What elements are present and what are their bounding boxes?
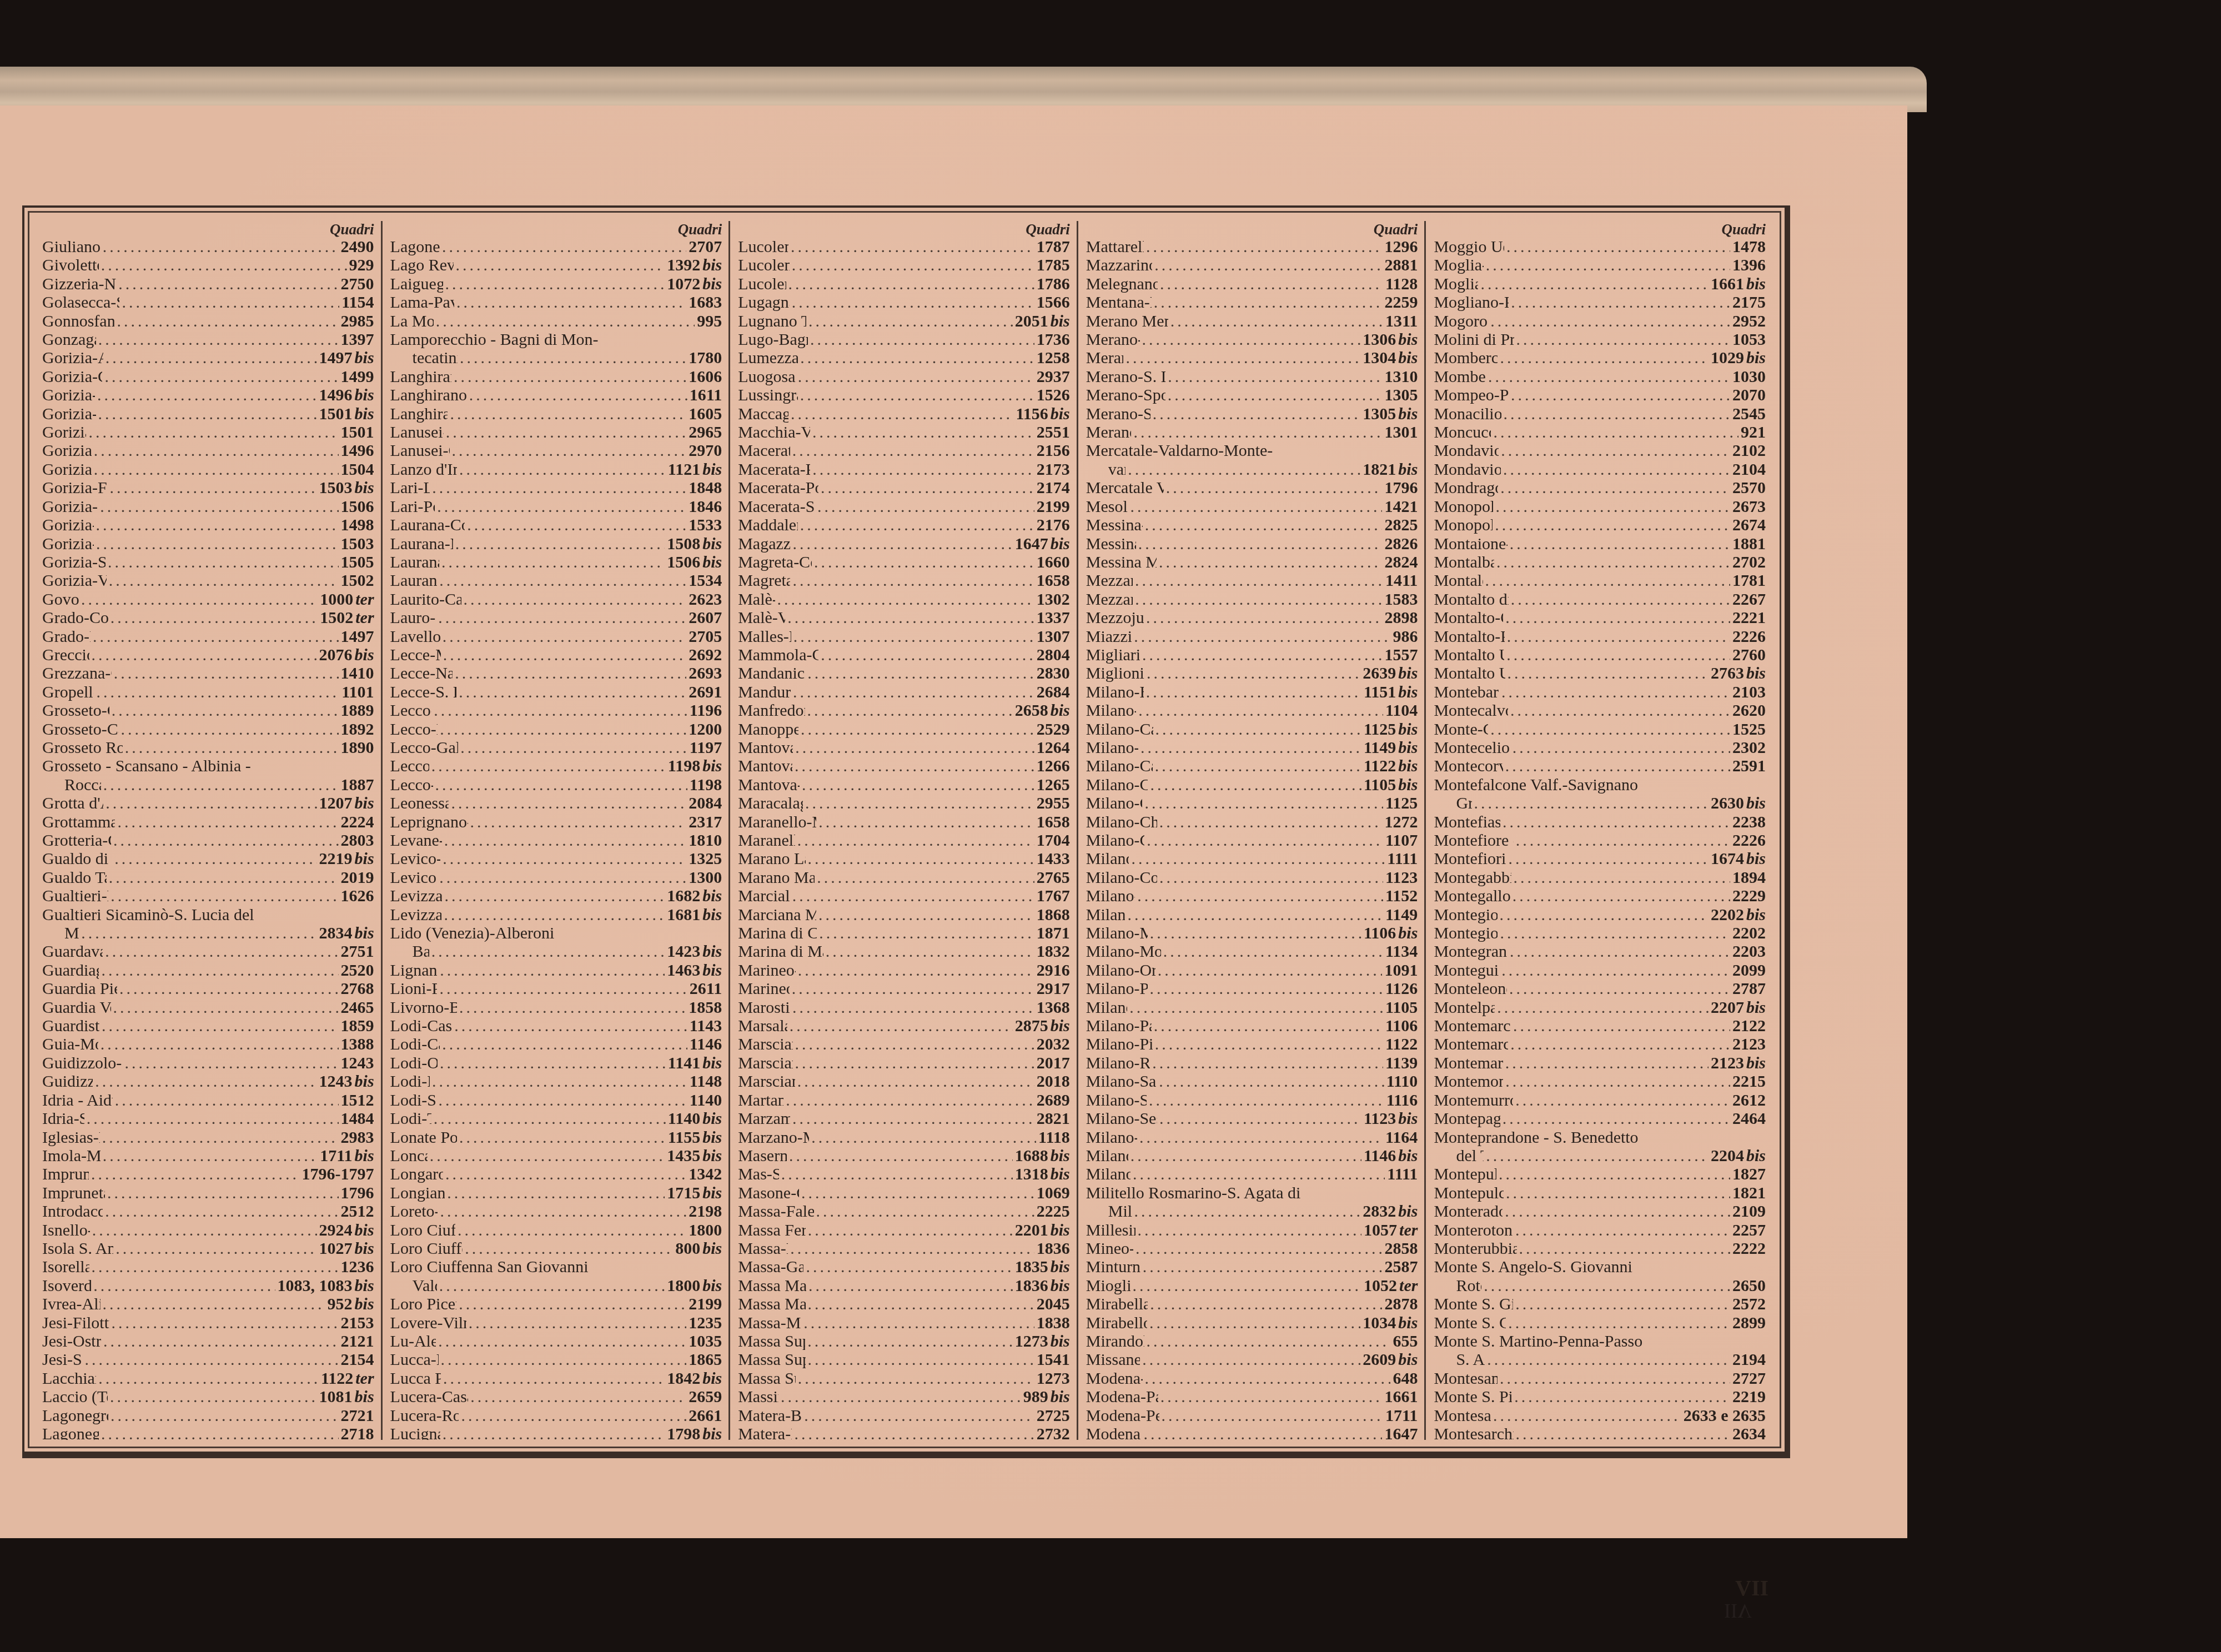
station-entry: Laurito-Castelnuovo Vallo2623 bbox=[390, 590, 722, 609]
station-entry: Mantova-Brescello1264 bbox=[738, 739, 1070, 757]
station-name: Gorizia-Castel Dobra bbox=[42, 368, 102, 386]
table-number: 1264 bbox=[1037, 739, 1070, 757]
dot-leader bbox=[443, 646, 686, 664]
station-entry: Mombercelli-Asti1030 bbox=[1434, 368, 1766, 386]
station-entry: Gorizia-Cividale1496 bbox=[42, 441, 374, 460]
dot-leader bbox=[454, 368, 686, 386]
dot-leader bbox=[812, 423, 1034, 441]
station-entry: tecatini Stazione1780 bbox=[390, 349, 722, 367]
station-entry: Missanello-Armento2609bis bbox=[1086, 1350, 1418, 1369]
station-name: Milano-Certosa di Pavia bbox=[1086, 776, 1148, 794]
dot-leader bbox=[1143, 1425, 1382, 1440]
station-entry: Lodi-S. Angelo1140 bbox=[390, 1091, 722, 1109]
station-entry: Lagonegro-Castrovillari2721 bbox=[42, 1407, 374, 1425]
station-name: Gorizia-Postumia bbox=[42, 516, 94, 534]
station-entry: Malè-Rabbi1302 bbox=[738, 590, 1070, 609]
station-entry: Matera-Bernalda Scalo2725 bbox=[738, 1407, 1070, 1425]
table-number: 1497 bbox=[341, 627, 374, 646]
table-number: 1658 bbox=[1037, 813, 1070, 831]
station-entry: Mammola-Gioiosa Jon. Marina2804 bbox=[738, 646, 1070, 664]
dot-leader bbox=[1493, 423, 1738, 441]
station-name: Milano-Pavia-Arena Po bbox=[1086, 1017, 1152, 1035]
dot-leader bbox=[441, 553, 665, 571]
table-number-suffix: bis bbox=[702, 1369, 722, 1388]
table-number-suffix: bis bbox=[1051, 1388, 1070, 1406]
station-name: Lucignano-Arezzo bbox=[390, 1425, 440, 1440]
station-entry: Montemonaco-Amandola2215 bbox=[1434, 1072, 1766, 1091]
station-entry: Loreto-Stazione2198 bbox=[390, 1202, 722, 1221]
station-name: Laccio (Torriglia)-Genova bbox=[42, 1388, 108, 1406]
table-number-suffix: bis bbox=[1051, 405, 1070, 423]
station-name: Maccagno-Graglio bbox=[738, 405, 788, 423]
dot-leader bbox=[439, 1091, 687, 1109]
station-entry: Modena-Pavullo-Fiumalbo1661 bbox=[1086, 1388, 1418, 1406]
station-entry: Laurana-Trieste1534 bbox=[390, 571, 722, 590]
station-name: Mas-Sospirolo bbox=[738, 1165, 779, 1183]
table-number: 1605 bbox=[689, 405, 722, 423]
station-entry: Massa-Fivizzano1836 bbox=[738, 1239, 1070, 1258]
table-number: 2824 bbox=[1384, 553, 1418, 571]
dot-leader bbox=[808, 850, 1034, 868]
station-entry: Iglesias-Portovesme2983 bbox=[42, 1128, 374, 1147]
table-number: 2317 bbox=[689, 813, 722, 831]
station-entry: Massino-Lesa989bis bbox=[738, 1388, 1070, 1406]
station-name: Guardistallo-Cecina bbox=[42, 1017, 99, 1035]
station-name: Gonnosfanadiga-S. Gavino bbox=[42, 312, 114, 330]
table-number: 2751 bbox=[341, 942, 374, 961]
station-name: Magazzino-Vignola bbox=[738, 535, 790, 553]
table-number: 2084 bbox=[689, 794, 722, 812]
station-name: Merano-Riva bbox=[1086, 349, 1124, 367]
table-number-suffix: bis bbox=[1746, 275, 1766, 293]
dot-leader bbox=[1152, 1054, 1383, 1072]
dot-leader bbox=[440, 961, 665, 980]
station-name: Montecorvino R.-Salerno bbox=[1434, 757, 1503, 775]
dot-leader bbox=[1129, 998, 1383, 1017]
dot-leader bbox=[432, 1072, 687, 1091]
table-number: 2689 bbox=[1037, 1091, 1070, 1109]
station-name: Guardia Vomano-Teramo bbox=[42, 998, 111, 1017]
dot-leader bbox=[781, 1388, 1021, 1406]
station-name: Iglesias-Portovesme bbox=[42, 1128, 100, 1147]
table-number: 2201 bbox=[1015, 1221, 1048, 1239]
table-number: 2198 bbox=[689, 1202, 722, 1221]
station-entry: Montegranaro-Portocivitan.2203 bbox=[1434, 942, 1766, 961]
station-entry: Lari-Livorno1848 bbox=[390, 479, 722, 497]
station-entry: Gorizia-Cervignano1496bis bbox=[42, 386, 374, 404]
station-entry: Merano-Resia Passo1306bis bbox=[1086, 330, 1418, 349]
station-entry: Milano-Pavia1105 bbox=[1086, 998, 1418, 1017]
station-entry: Govone-Asti1000ter bbox=[42, 590, 374, 609]
table-number: 1053 bbox=[1732, 330, 1766, 349]
station-entry: Loro Piceno-Passo Loro2199 bbox=[390, 1295, 722, 1313]
station-entry: Massa Ferm.-Montegiorgio2201bis bbox=[738, 1221, 1070, 1239]
dot-leader bbox=[1511, 293, 1730, 312]
table-number: 1146 bbox=[1364, 1147, 1396, 1165]
dot-leader bbox=[439, 868, 686, 887]
station-entry: Levico-Lavarone1325 bbox=[390, 850, 722, 868]
station-name: Lugnano Tev.-St. Attigliano bbox=[738, 312, 806, 330]
station-entry: Merano-Riva1304bis bbox=[1086, 349, 1418, 367]
table-number-suffix: bis bbox=[355, 1147, 374, 1165]
table-number-suffix: bis bbox=[355, 924, 374, 942]
station-entry: Monteguiduccio-Pesaro2099 bbox=[1434, 961, 1766, 980]
station-entry: Lodi-Cassino d'Alberi1143 bbox=[390, 1017, 722, 1035]
station-entry: Maracalagonis-Cagliari2955 bbox=[738, 794, 1070, 812]
table-number: 2684 bbox=[1037, 683, 1070, 701]
station-entry: Montefiore dell'Aso - Ascoli P.2226 bbox=[1434, 831, 1766, 850]
dot-leader bbox=[1503, 460, 1730, 479]
station-name: Lacchiarella-Milano bbox=[42, 1369, 96, 1388]
dot-leader bbox=[1133, 1165, 1385, 1183]
dot-leader bbox=[1130, 1147, 1361, 1165]
station-name: Matera-Bernalda Scalo bbox=[738, 1407, 802, 1425]
dot-leader bbox=[1150, 1295, 1382, 1313]
station-name: Massa Martana-Stazione bbox=[738, 1295, 805, 1313]
station-entry: del Tronto2204bis bbox=[1434, 1147, 1766, 1165]
dot-leader bbox=[1135, 1239, 1382, 1258]
dot-leader bbox=[807, 1332, 1013, 1350]
station-name: Bagni bbox=[413, 942, 429, 961]
dot-leader bbox=[464, 590, 687, 609]
dot-leader bbox=[1155, 757, 1361, 775]
table-number: 2122 bbox=[1732, 1017, 1766, 1035]
station-entry: Milano-Castel S. Giovanni1122bis bbox=[1086, 757, 1418, 775]
table-number: 1134 bbox=[1385, 942, 1418, 961]
station-name: Modena-S. Cesario bbox=[1086, 1425, 1142, 1440]
table-number: 2732 bbox=[1037, 1425, 1070, 1440]
station-entry: Marzano-Magherno-Pavia1118 bbox=[738, 1128, 1070, 1147]
dot-leader bbox=[806, 1258, 1012, 1276]
table-number: 1243 bbox=[319, 1072, 353, 1091]
table-number-suffix: bis bbox=[702, 942, 722, 961]
station-name: Montemarciano-Manif. Tab. bbox=[1434, 1054, 1503, 1072]
table-number: 2607 bbox=[689, 609, 722, 627]
dot-leader bbox=[459, 998, 686, 1017]
dot-leader bbox=[1146, 238, 1382, 256]
station-entry: Monte-Capodistria1525 bbox=[1434, 720, 1766, 739]
dot-leader bbox=[98, 405, 317, 423]
table-number: 1318 bbox=[1015, 1165, 1048, 1183]
station-entry: Milano-Sannazzaro dei B.1110 bbox=[1086, 1072, 1418, 1091]
station-entry: Montepulciano-Chiusi1827 bbox=[1434, 1165, 1766, 1183]
station-entry: Laccio (Torriglia)-Genova1081bis bbox=[42, 1388, 374, 1406]
station-name: varchi bbox=[1108, 460, 1125, 479]
dot-leader bbox=[1493, 1407, 1681, 1425]
station-entry: Lodi-Rivolta1148 bbox=[390, 1072, 722, 1091]
station-entry: Mantova-Correzzo1266 bbox=[738, 757, 1070, 775]
dot-leader bbox=[459, 460, 666, 479]
table-number: 1835 bbox=[1015, 1258, 1048, 1276]
station-name: Gonzaga-Mantova bbox=[42, 330, 96, 349]
station-name: Monteprandone - S. Benedetto bbox=[1434, 1128, 1638, 1147]
table-number: 2702 bbox=[1732, 553, 1766, 571]
station-name: Langhirano-Corniglio bbox=[390, 368, 451, 386]
station-name: Montalto-Offida Stazione bbox=[1434, 609, 1503, 627]
table-number-suffix: bis bbox=[1051, 1221, 1070, 1239]
dot-leader bbox=[1501, 441, 1730, 460]
table-number: 1423 bbox=[667, 942, 700, 961]
station-entry: Monopoli-Polignano2674 bbox=[1434, 516, 1766, 534]
station-name: Merano-Tirano bbox=[1086, 423, 1132, 441]
station-name: Montalbano-Stazione bbox=[1434, 553, 1494, 571]
station-name: Lucolena-Firenze bbox=[738, 256, 789, 274]
station-entry: Mela2834bis bbox=[42, 924, 374, 942]
station-name: Lioni-Pontesele bbox=[390, 980, 438, 998]
table-number: 1148 bbox=[690, 1072, 722, 1091]
page-number: VII bbox=[1735, 1575, 1768, 1601]
station-entry: Montemarciano-Manif. Tab.2123bis bbox=[1434, 1054, 1766, 1072]
station-entry: Lecco-Laorca1198bis bbox=[390, 757, 722, 775]
station-entry: Milano-Turano1146bis bbox=[1086, 1147, 1418, 1165]
dot-leader bbox=[1490, 312, 1730, 330]
station-name: Maserno-Montese bbox=[738, 1147, 787, 1165]
station-name: Mombercelli-Alessandria bbox=[1434, 349, 1498, 367]
dot-leader bbox=[1505, 609, 1730, 627]
table-number: 2718 bbox=[341, 1425, 374, 1440]
station-name: Lanusei-Gennecresia bbox=[390, 441, 450, 460]
station-name: Massa Sup.-Ostiglia bbox=[738, 1369, 796, 1388]
station-entry: Gorizia-Loqua1501 bbox=[42, 423, 374, 441]
station-name: Miazzina-Intra bbox=[1086, 627, 1132, 646]
station-entry: Milano-Pioltello-Monza1122 bbox=[1086, 1035, 1418, 1053]
table-number: 2156 bbox=[1037, 441, 1070, 460]
dot-leader bbox=[103, 1147, 318, 1165]
station-name: Lonate Pozzolo-Busto Ars. bbox=[390, 1128, 457, 1147]
table-number: 1265 bbox=[1037, 776, 1070, 794]
table-number: 2545 bbox=[1732, 405, 1766, 423]
dot-leader bbox=[102, 1017, 339, 1035]
table-number: 2032 bbox=[1037, 1035, 1070, 1053]
dot-leader bbox=[97, 386, 317, 404]
station-name: Malè-Rabbi bbox=[738, 590, 775, 609]
table-number: 2650 bbox=[1732, 1277, 1766, 1295]
station-entry: Lucca-Pescaglia1865 bbox=[390, 1350, 722, 1369]
station-name: Missanello-Armento bbox=[1086, 1350, 1140, 1369]
dot-leader bbox=[811, 1128, 1036, 1147]
dot-leader bbox=[1125, 349, 1360, 367]
station-name: Milano-Pavia bbox=[1086, 998, 1128, 1017]
dot-leader bbox=[459, 683, 686, 701]
station-name: Montesarchio-S. Martino V. C. bbox=[1434, 1425, 1513, 1440]
table-number: 2611 bbox=[690, 980, 722, 998]
dot-leader bbox=[470, 813, 687, 831]
dot-leader bbox=[1140, 739, 1361, 757]
table-number-suffix: bis bbox=[1051, 701, 1070, 720]
dot-leader bbox=[1500, 1369, 1730, 1388]
table-number-suffix: bis bbox=[1398, 664, 1418, 682]
station-entry: Lucolena-Figline1787 bbox=[738, 238, 1070, 256]
dot-leader bbox=[781, 1165, 1013, 1183]
station-name: Roccalbegna bbox=[64, 776, 101, 794]
table-number: 2768 bbox=[341, 980, 374, 998]
station-name: Grottammare-Montedinove bbox=[42, 813, 115, 831]
station-entry: Montalto Uffugo-S. Fili Staz.2763bis bbox=[1434, 664, 1766, 682]
station-name: Milano-Lodi bbox=[1086, 906, 1125, 924]
station-entry: Grosseto-Casteldelpiano1889 bbox=[42, 701, 374, 720]
station-name: Longarone-Fusine bbox=[390, 1165, 443, 1183]
table-number: 1781 bbox=[1732, 571, 1766, 590]
station-entry: Maranello-Magreta-Reggio E.1658 bbox=[738, 813, 1070, 831]
table-number: 2225 bbox=[1037, 1202, 1070, 1221]
station-name: Milano-Cambiago-Cornate bbox=[1086, 720, 1153, 739]
station-name: Loro Piceno-Passo Loro bbox=[390, 1295, 457, 1313]
table-number: 2199 bbox=[1037, 498, 1070, 516]
dot-leader bbox=[109, 479, 316, 497]
table-number: 1881 bbox=[1732, 535, 1766, 553]
dot-leader bbox=[1514, 1388, 1730, 1406]
station-name: Mandanici-Roccalumera bbox=[738, 664, 805, 682]
table-number: 1842 bbox=[667, 1369, 700, 1388]
station-name: Mogoro-S. Gavino bbox=[1434, 312, 1488, 330]
table-number: 2229 bbox=[1732, 887, 1766, 905]
table-number: 2204 bbox=[1711, 1147, 1744, 1165]
table-number: 2659 bbox=[689, 1388, 722, 1406]
station-name: Monte S. Giuliano-Trapani bbox=[1434, 1314, 1506, 1332]
table-number-suffix: bis bbox=[1051, 1017, 1070, 1035]
station-entry: Guardistallo-Cecina1859 bbox=[42, 1017, 374, 1035]
table-number: 2520 bbox=[341, 961, 374, 980]
column-header-quadri: Quadri bbox=[738, 221, 1070, 238]
station-name: Martano-Lecce bbox=[738, 1091, 783, 1109]
station-name: Lussingrande-Ossero bbox=[738, 386, 798, 404]
station-entry: Lucera-Roseto Valfortore2661 bbox=[390, 1407, 722, 1425]
station-name: Milano-Monza (Ippodromo) bbox=[1086, 942, 1161, 961]
station-name: Montepulciano-Torrenieri bbox=[1434, 1184, 1504, 1202]
station-name: Milano-Castel S. Giovanni bbox=[1086, 757, 1153, 775]
station-name: Marzamemi-Noto bbox=[738, 1109, 790, 1128]
station-entry: Merano-Spondigna-Monastero1305 bbox=[1086, 386, 1418, 404]
station-name: Massa-Falerone-Falerone St. bbox=[738, 1202, 813, 1221]
station-entry: Guia-Montebelluna1388 bbox=[42, 1035, 374, 1053]
station-name: Montale-Firenze bbox=[1434, 571, 1483, 590]
dot-leader bbox=[105, 1202, 338, 1221]
dot-leader bbox=[440, 720, 686, 739]
dot-leader bbox=[1511, 590, 1730, 609]
table-number: 1154 bbox=[341, 293, 374, 312]
station-name: Messina-Camaro bbox=[1086, 535, 1136, 553]
station-entry: Guardia Vomano-Teramo2465 bbox=[42, 998, 374, 1017]
dot-leader bbox=[442, 1035, 687, 1053]
station-entry: Modena-Correggio648 bbox=[1086, 1369, 1418, 1388]
table-number: 1258 bbox=[1037, 349, 1070, 367]
dot-leader bbox=[1154, 256, 1382, 274]
dot-leader bbox=[1500, 924, 1730, 942]
table-number: 1810 bbox=[689, 831, 722, 850]
table-number: 1889 bbox=[341, 701, 374, 720]
table-number-suffix: bis bbox=[702, 256, 722, 274]
station-entry: Isorella-Brescia1236 bbox=[42, 1258, 374, 1276]
dot-leader bbox=[800, 516, 1034, 534]
station-entry: Macerata-Sarnano-Amandola2199 bbox=[738, 498, 1070, 516]
station-entry: Malles-Monastero1307 bbox=[738, 627, 1070, 646]
dot-leader bbox=[436, 312, 695, 330]
dot-leader bbox=[101, 961, 338, 980]
dot-leader bbox=[1505, 1072, 1730, 1091]
station-name: Gorizia-Comeno bbox=[42, 460, 92, 479]
station-name: Massino-Lesa bbox=[738, 1388, 778, 1406]
station-name: Gorizia-Sistiana Bagni bbox=[42, 553, 105, 571]
station-name: Greccio-Stazione bbox=[42, 646, 89, 664]
table-number: 1273 bbox=[1037, 1369, 1070, 1388]
table-number: 1027 bbox=[319, 1239, 353, 1258]
station-entry: Mattarello-Rovereto1296 bbox=[1086, 238, 1418, 256]
station-entry: Idria-S. Lucia1484 bbox=[42, 1109, 374, 1128]
dot-leader bbox=[456, 293, 686, 312]
dot-leader bbox=[84, 1350, 338, 1369]
station-name: Lucca-Pescaglia bbox=[390, 1350, 439, 1369]
table-number: 1196 bbox=[690, 701, 722, 720]
station-entry: Gorizia-Villesse-Grado1502 bbox=[42, 571, 374, 590]
table-number: 2102 bbox=[1732, 441, 1766, 460]
station-entry: Lucolena-Greve1786 bbox=[738, 275, 1070, 293]
table-number-suffix: bis bbox=[1398, 330, 1418, 349]
dot-leader bbox=[1510, 701, 1730, 720]
table-number: 2203 bbox=[1732, 942, 1766, 961]
table-number-suffix: bis bbox=[702, 553, 722, 571]
station-entry: Lucera-Casalnuovo Monterot.2659 bbox=[390, 1388, 722, 1406]
dot-leader bbox=[821, 479, 1034, 497]
table-number: 1583 bbox=[1384, 590, 1418, 609]
table-number: 1798 bbox=[667, 1425, 700, 1440]
station-name: Matera-Ferrandina bbox=[738, 1425, 792, 1440]
dot-leader bbox=[1513, 739, 1730, 757]
table-number: 2490 bbox=[341, 238, 374, 256]
station-entry: Maserno-Montese1688bis bbox=[738, 1147, 1070, 1165]
station-name: Introdacqua-Sulmona bbox=[42, 1202, 103, 1221]
station-entry: Jesi-Filottrano-Macerata2153 bbox=[42, 1314, 374, 1332]
station-entry: Milano-Certosa di Pavia1105bis bbox=[1086, 776, 1418, 794]
station-entry: Lucignano-Arezzo1798bis bbox=[390, 1425, 722, 1440]
dot-leader bbox=[1506, 238, 1730, 256]
table-number: 2727 bbox=[1732, 1369, 1766, 1388]
station-entry: Lecco-Taceno1198 bbox=[390, 776, 722, 794]
station-name: Millesimo-Cengio bbox=[1086, 1221, 1135, 1239]
station-name: Gorizia-Chiapovano bbox=[42, 405, 96, 423]
dot-leader bbox=[434, 1109, 666, 1128]
column-header-quadri: Quadri bbox=[1434, 221, 1766, 238]
table-number: 1435 bbox=[667, 1147, 700, 1165]
table-number-suffix: ter bbox=[355, 609, 374, 627]
dot-leader bbox=[804, 1407, 1034, 1425]
table-number: 1235 bbox=[689, 1314, 722, 1332]
station-name: Imola-Massalombarda bbox=[42, 1147, 101, 1165]
station-name: Gorizia-Ranziano bbox=[42, 535, 94, 553]
dot-leader bbox=[113, 831, 339, 850]
dot-leader bbox=[454, 1017, 687, 1035]
table-number-suffix: bis bbox=[1398, 349, 1418, 367]
table-number-suffix: bis bbox=[1051, 535, 1070, 553]
station-name: Luogosanto-Tempio bbox=[738, 368, 795, 386]
station-entry: Milano-Corbetta1152 bbox=[1086, 887, 1418, 905]
table-number: 648 bbox=[1393, 1369, 1418, 1388]
station-entry: Matera-Ferrandina2732 bbox=[738, 1425, 1070, 1440]
dot-leader bbox=[1495, 498, 1730, 516]
station-name: Jesi-Filottrano-Macerata bbox=[42, 1314, 109, 1332]
station-entry: Lucca Ponte a Elsa1842bis bbox=[390, 1369, 722, 1388]
dot-leader bbox=[807, 664, 1034, 682]
table-number: 1149 bbox=[1364, 739, 1396, 757]
table-number: 2465 bbox=[341, 998, 374, 1017]
station-entry: Loro Ciuffenna-Montevarchi800bis bbox=[390, 1239, 722, 1258]
station-entry: Molini di Prelà-Porto Maurizio1053 bbox=[1434, 330, 1766, 349]
station-entry: Gonnosfanadiga-S. Gavino2985 bbox=[42, 312, 374, 330]
station-entry: Manfredonia-M. S. Angelo2658bis bbox=[738, 701, 1070, 720]
dot-leader bbox=[793, 535, 1013, 553]
station-entry: Martano-Lecce2689 bbox=[738, 1091, 1070, 1109]
station-name: Malè-Vermiglio bbox=[738, 609, 785, 627]
table-number: 1035 bbox=[689, 1332, 722, 1350]
